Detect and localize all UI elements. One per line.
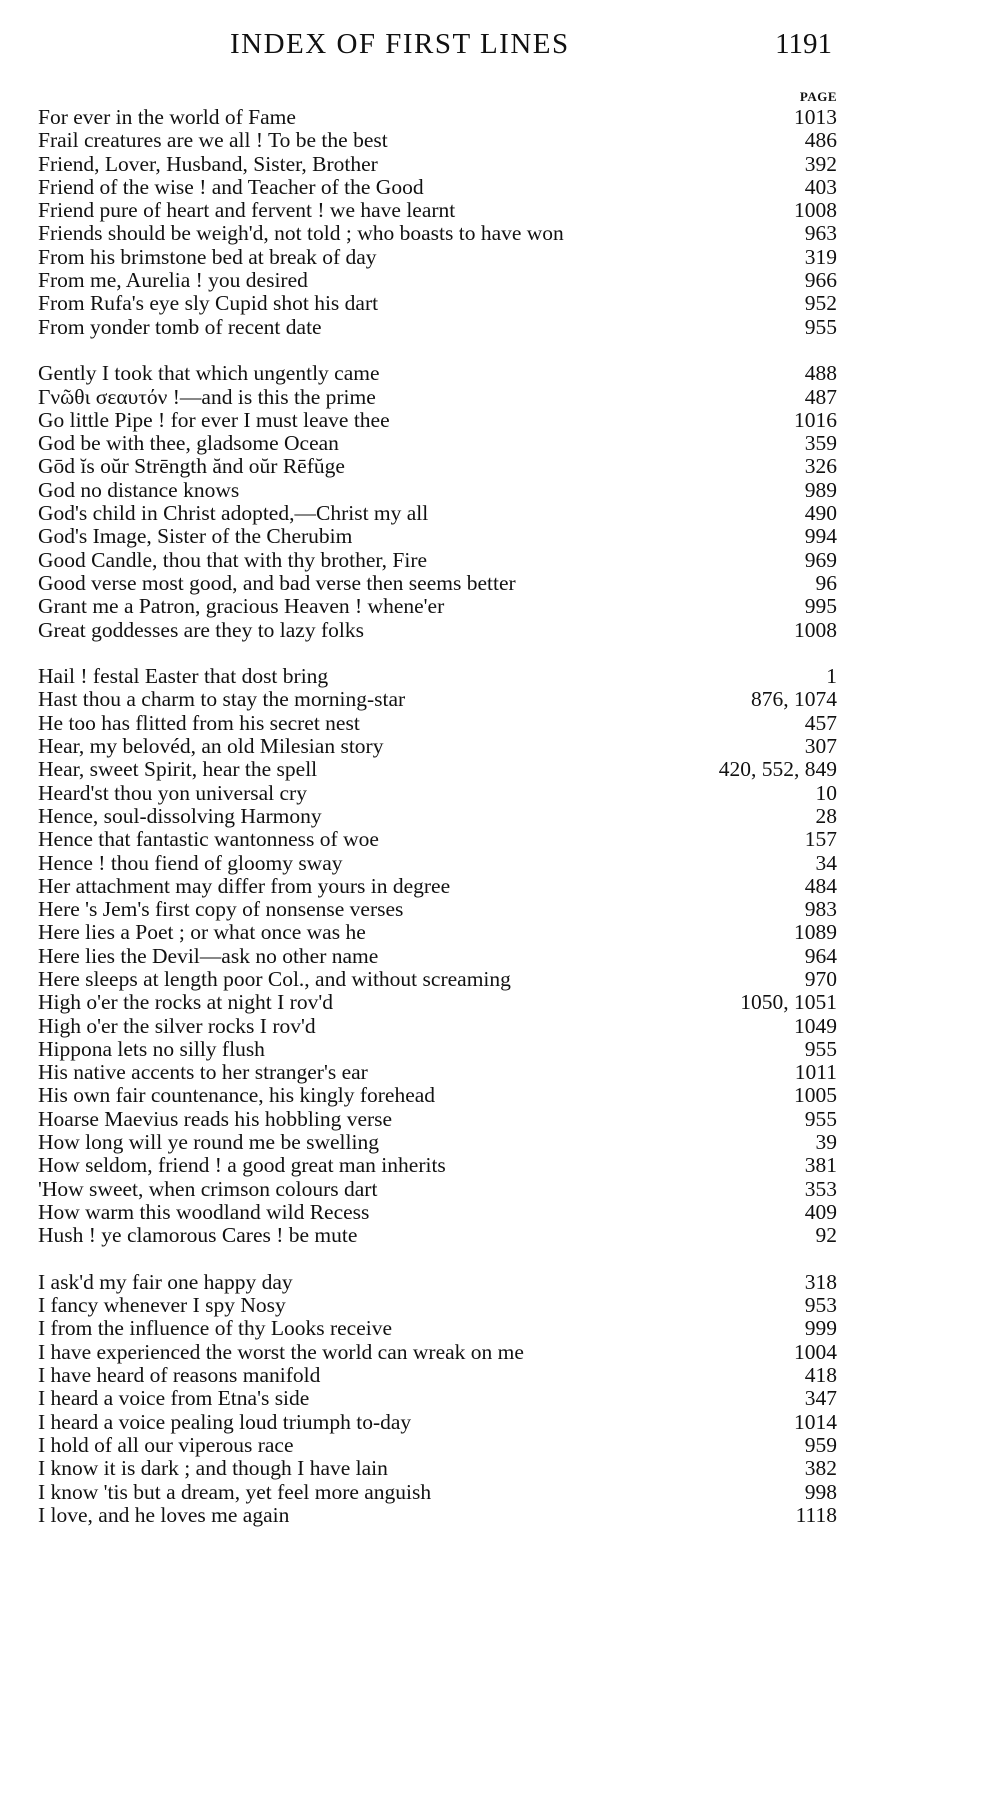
first-line-text: I fancy whenever I spy Nosy — [38, 1294, 292, 1317]
page-reference: 1089 — [788, 921, 837, 944]
first-line-text: Here sleeps at length poor Col., and wit… — [38, 968, 517, 991]
index-entry: How warm this woodland wild Recess409 — [38, 1201, 837, 1224]
index-entry: I heard a voice from Etna's side347 — [38, 1387, 837, 1410]
first-line-text: Gōd ĭs oŭr Strēngth ănd oŭr Rēfŭge — [38, 455, 351, 478]
index-entry: Gōd ĭs oŭr Strēngth ănd oŭr Rēfŭge326 — [38, 455, 837, 478]
index-entry: Hush ! ye clamorous Cares ! be mute92 — [38, 1224, 837, 1247]
page-reference: 1013 — [788, 106, 837, 129]
page-reference: 1005 — [788, 1084, 837, 1107]
first-line-text: Gently I took that which ungently came — [38, 362, 386, 385]
page-reference: 392 — [799, 153, 837, 176]
first-line-text: I heard a voice pealing loud triumph to-… — [38, 1411, 417, 1434]
page-reference: 307 — [799, 735, 837, 758]
index-entry: I have heard of reasons manifold418 — [38, 1364, 837, 1387]
index-entry: God no distance knows989 — [38, 479, 837, 502]
first-line-text: I have heard of reasons manifold — [38, 1364, 326, 1387]
page-reference: 318 — [799, 1271, 837, 1294]
page-reference: 488 — [799, 362, 837, 385]
first-line-text: Γνῶθι σεαυτόν !—and is this the prime — [38, 386, 382, 409]
index-entry: Hear, sweet Spirit, hear the spell420, 5… — [38, 758, 837, 781]
index-entry: From me, Aurelia ! you desired966 — [38, 269, 837, 292]
page-reference: 409 — [799, 1201, 837, 1224]
first-line-text: His own fair countenance, his kingly for… — [38, 1084, 441, 1107]
page-reference: 1016 — [788, 409, 837, 432]
first-line-text: Heard'st thou yon universal cry — [38, 782, 313, 805]
first-line-text: Hence, soul-dissolving Harmony — [38, 805, 328, 828]
first-lines-index: For ever in the world of Fame1013Frail c… — [38, 106, 837, 1550]
page-reference: 876, 1074 — [745, 688, 837, 711]
index-entry: Friends should be weigh'd, not told ; wh… — [38, 222, 837, 245]
first-line-text: I heard a voice from Etna's side — [38, 1387, 315, 1410]
first-line-text: I know 'tis but a dream, yet feel more a… — [38, 1481, 437, 1504]
first-line-text: God's Image, Sister of the Cherubim — [38, 525, 358, 548]
first-line-text: Friend of the wise ! and Teacher of the … — [38, 176, 430, 199]
first-line-text: God no distance knows — [38, 479, 245, 502]
index-entry: Frail creatures are we all ! To be the b… — [38, 129, 837, 152]
index-entry: I love, and he loves me again1118 — [38, 1504, 837, 1527]
index-entry: Hail ! festal Easter that dost bring1 — [38, 665, 837, 688]
first-line-text: Here lies the Devil—ask no other name — [38, 945, 384, 968]
first-line-text: Friends should be weigh'd, not told ; wh… — [38, 222, 570, 245]
page-reference: 484 — [799, 875, 837, 898]
page-reference: 1008 — [788, 199, 837, 222]
page-reference: 953 — [799, 1294, 837, 1317]
index-entry: Hear, my belovéd, an old Milesian story3… — [38, 735, 837, 758]
index-entry: Friend, Lover, Husband, Sister, Brother3… — [38, 153, 837, 176]
index-entry: His own fair countenance, his kingly for… — [38, 1084, 837, 1107]
page-reference: 1118 — [790, 1504, 837, 1527]
page-reference: 96 — [810, 572, 838, 595]
first-line-text: High o'er the rocks at night I rov'd — [38, 991, 339, 1014]
first-line-text: I ask'd my fair one happy day — [38, 1271, 299, 1294]
first-line-text: From me, Aurelia ! you desired — [38, 269, 314, 292]
index-entry: Good verse most good, and bad verse then… — [38, 572, 837, 595]
page-reference: 28 — [810, 805, 838, 828]
index-entry: He too has flitted from his secret nest4… — [38, 712, 837, 735]
page-reference: 998 — [799, 1481, 837, 1504]
first-line-text: Grant me a Patron, gracious Heaven ! whe… — [38, 595, 450, 618]
index-entry: Friend of the wise ! and Teacher of the … — [38, 176, 837, 199]
page-reference: 955 — [799, 1108, 837, 1131]
page-reference: 952 — [799, 292, 837, 315]
index-entry: Gently I took that which ungently came48… — [38, 362, 837, 385]
first-line-text: How seldom, friend ! a good great man in… — [38, 1154, 452, 1177]
index-entry: How long will ye round me be swelling39 — [38, 1131, 837, 1154]
first-line-text: From his brimstone bed at break of day — [38, 246, 383, 269]
first-line-text: Her attachment may differ from yours in … — [38, 875, 456, 898]
page-reference: 955 — [799, 1038, 837, 1061]
index-entry: God's Image, Sister of the Cherubim994 — [38, 525, 837, 548]
page-reference: 359 — [799, 432, 837, 455]
first-line-text: Go little Pipe ! for ever I must leave t… — [38, 409, 396, 432]
page-reference: 92 — [810, 1224, 838, 1247]
first-line-text: Friend pure of heart and fervent ! we ha… — [38, 199, 461, 222]
first-line-text: Good Candle, thou that with thy brother,… — [38, 549, 433, 572]
first-line-text: Hoarse Maevius reads his hobbling verse — [38, 1108, 398, 1131]
first-line-text: Friend, Lover, Husband, Sister, Brother — [38, 153, 384, 176]
index-entry: Γνῶθι σεαυτόν !—and is this the prime487 — [38, 386, 837, 409]
page-reference: 487 — [799, 386, 837, 409]
page-reference: 418 — [799, 1364, 837, 1387]
index-entry: I ask'd my fair one happy day318 — [38, 1271, 837, 1294]
index-entry: From yonder tomb of recent date955 — [38, 316, 837, 339]
index-entry: Heard'st thou yon universal cry10 — [38, 782, 837, 805]
page-reference: 1011 — [789, 1061, 837, 1084]
page-reference: 420, 552, 849 — [713, 758, 837, 781]
index-entry: I fancy whenever I spy Nosy953 — [38, 1294, 837, 1317]
first-line-text: 'How sweet, when crimson colours dart — [38, 1178, 383, 1201]
index-entry: High o'er the rocks at night I rov'd1050… — [38, 991, 837, 1014]
page-reference: 1049 — [788, 1015, 837, 1038]
page-column-label: PAGE — [800, 89, 837, 105]
first-line-text: Hippona lets no silly flush — [38, 1038, 271, 1061]
index-entry: I know it is dark ; and though I have la… — [38, 1457, 837, 1480]
first-line-text: I know it is dark ; and though I have la… — [38, 1457, 394, 1480]
first-line-text: God's child in Christ adopted,—Christ my… — [38, 502, 434, 525]
first-line-text: I hold of all our viperous race — [38, 1434, 300, 1457]
page-reference: 1004 — [788, 1341, 837, 1364]
page-reference: 983 — [799, 898, 837, 921]
first-line-text: Good verse most good, and bad verse then… — [38, 572, 522, 595]
page-reference: 490 — [799, 502, 837, 525]
page-reference: 326 — [799, 455, 837, 478]
page-reference: 963 — [799, 222, 837, 245]
first-line-text: Here lies a Poet ; or what once was he — [38, 921, 372, 944]
first-line-text: Hast thou a charm to stay the morning-st… — [38, 688, 411, 711]
index-entry: His native accents to her stranger's ear… — [38, 1061, 837, 1084]
index-entry: Hoarse Maevius reads his hobbling verse9… — [38, 1108, 837, 1131]
page-reference: 994 — [799, 525, 837, 548]
page-reference: 955 — [799, 316, 837, 339]
page-reference: 319 — [799, 246, 837, 269]
page-reference: 989 — [799, 479, 837, 502]
index-entry: Hast thou a charm to stay the morning-st… — [38, 688, 837, 711]
index-entry: I know 'tis but a dream, yet feel more a… — [38, 1481, 837, 1504]
index-entry: How seldom, friend ! a good great man in… — [38, 1154, 837, 1177]
index-entry: Go little Pipe ! for ever I must leave t… — [38, 409, 837, 432]
first-line-text: Hush ! ye clamorous Cares ! be mute — [38, 1224, 363, 1247]
index-entry: Hence ! thou fiend of gloomy sway34 — [38, 852, 837, 875]
first-line-text: His native accents to her stranger's ear — [38, 1061, 374, 1084]
first-line-text: Hence that fantastic wantonness of woe — [38, 828, 385, 851]
page-reference: 964 — [799, 945, 837, 968]
index-entry: Here 's Jem's first copy of nonsense ver… — [38, 898, 837, 921]
index-entry: High o'er the silver rocks I rov'd1049 — [38, 1015, 837, 1038]
index-entry: I heard a voice pealing loud triumph to-… — [38, 1411, 837, 1434]
page-reference: 1 — [820, 665, 837, 688]
first-line-text: God be with thee, gladsome Ocean — [38, 432, 345, 455]
first-line-text: Hail ! festal Easter that dost bring — [38, 665, 334, 688]
index-entry: I hold of all our viperous race959 — [38, 1434, 837, 1457]
index-entry: Hippona lets no silly flush955 — [38, 1038, 837, 1061]
page-reference: 969 — [799, 549, 837, 572]
first-line-text: Frail creatures are we all ! To be the b… — [38, 129, 394, 152]
page-reference: 959 — [799, 1434, 837, 1457]
page-reference: 1014 — [788, 1411, 837, 1434]
first-line-text: I from the influence of thy Looks receiv… — [38, 1317, 398, 1340]
index-entry: 'How sweet, when crimson colours dart353 — [38, 1178, 837, 1201]
page-reference: 966 — [799, 269, 837, 292]
first-line-text: High o'er the silver rocks I rov'd — [38, 1015, 322, 1038]
first-line-text: How warm this woodland wild Recess — [38, 1201, 375, 1224]
page-reference: 486 — [799, 129, 837, 152]
index-group-h: Hail ! festal Easter that dost bring1Has… — [38, 665, 837, 1247]
first-line-text: Hear, my belovéd, an old Milesian story — [38, 735, 389, 758]
index-entry: From his brimstone bed at break of day31… — [38, 246, 837, 269]
index-entry: Hence that fantastic wantonness of woe15… — [38, 828, 837, 851]
first-line-text: Hence ! thou fiend of gloomy sway — [38, 852, 349, 875]
running-header: INDEX OF FIRST LINES 1191 — [0, 22, 1000, 66]
page-reference: 39 — [810, 1131, 838, 1154]
index-entry: Great goddesses are they to lazy folks10… — [38, 619, 837, 642]
index-entry: Here lies a Poet ; or what once was he10… — [38, 921, 837, 944]
index-group-g: Gently I took that which ungently came48… — [38, 362, 837, 642]
index-entry: Friend pure of heart and fervent ! we ha… — [38, 199, 837, 222]
page-reference: 34 — [810, 852, 838, 875]
first-line-text: Great goddesses are they to lazy folks — [38, 619, 370, 642]
first-line-text: For ever in the world of Fame — [38, 106, 302, 129]
page-reference: 403 — [799, 176, 837, 199]
page-reference: 457 — [799, 712, 837, 735]
first-line-text: Here 's Jem's first copy of nonsense ver… — [38, 898, 409, 921]
index-entry: Her attachment may differ from yours in … — [38, 875, 837, 898]
page-reference: 347 — [799, 1387, 837, 1410]
index-entry: God's child in Christ adopted,—Christ my… — [38, 502, 837, 525]
page-reference: 353 — [799, 1178, 837, 1201]
first-line-text: He too has flitted from his secret nest — [38, 712, 366, 735]
page-reference: 1050, 1051 — [734, 991, 837, 1014]
index-entry: God be with thee, gladsome Ocean359 — [38, 432, 837, 455]
first-line-text: From yonder tomb of recent date — [38, 316, 328, 339]
page-reference: 999 — [799, 1317, 837, 1340]
index-entry: I from the influence of thy Looks receiv… — [38, 1317, 837, 1340]
index-entry: Good Candle, thou that with thy brother,… — [38, 549, 837, 572]
first-line-text: I love, and he loves me again — [38, 1504, 295, 1527]
first-line-text: Hear, sweet Spirit, hear the spell — [38, 758, 323, 781]
index-entry: Hence, soul-dissolving Harmony28 — [38, 805, 837, 828]
page-number: 1191 — [775, 28, 832, 61]
page-reference: 995 — [799, 595, 837, 618]
first-line-text: How long will ye round me be swelling — [38, 1131, 385, 1154]
index-group-i: I ask'd my fair one happy day318I fancy … — [38, 1271, 837, 1527]
page-reference: 10 — [810, 782, 838, 805]
page-title: INDEX OF FIRST LINES — [230, 28, 570, 61]
index-entry: Grant me a Patron, gracious Heaven ! whe… — [38, 595, 837, 618]
index-entry: I have experienced the worst the world c… — [38, 1341, 837, 1364]
page-reference: 1008 — [788, 619, 837, 642]
index-entry: For ever in the world of Fame1013 — [38, 106, 837, 129]
index-entry: From Rufa's eye sly Cupid shot his dart9… — [38, 292, 837, 315]
index-entry: Here sleeps at length poor Col., and wit… — [38, 968, 837, 991]
page-reference: 382 — [799, 1457, 837, 1480]
index-group-f: For ever in the world of Fame1013Frail c… — [38, 106, 837, 339]
page-reference: 970 — [799, 968, 837, 991]
first-line-text: From Rufa's eye sly Cupid shot his dart — [38, 292, 384, 315]
page-reference: 381 — [799, 1154, 837, 1177]
first-line-text: I have experienced the worst the world c… — [38, 1341, 530, 1364]
index-entry: Here lies the Devil—ask no other name964 — [38, 945, 837, 968]
page-reference: 157 — [799, 828, 837, 851]
